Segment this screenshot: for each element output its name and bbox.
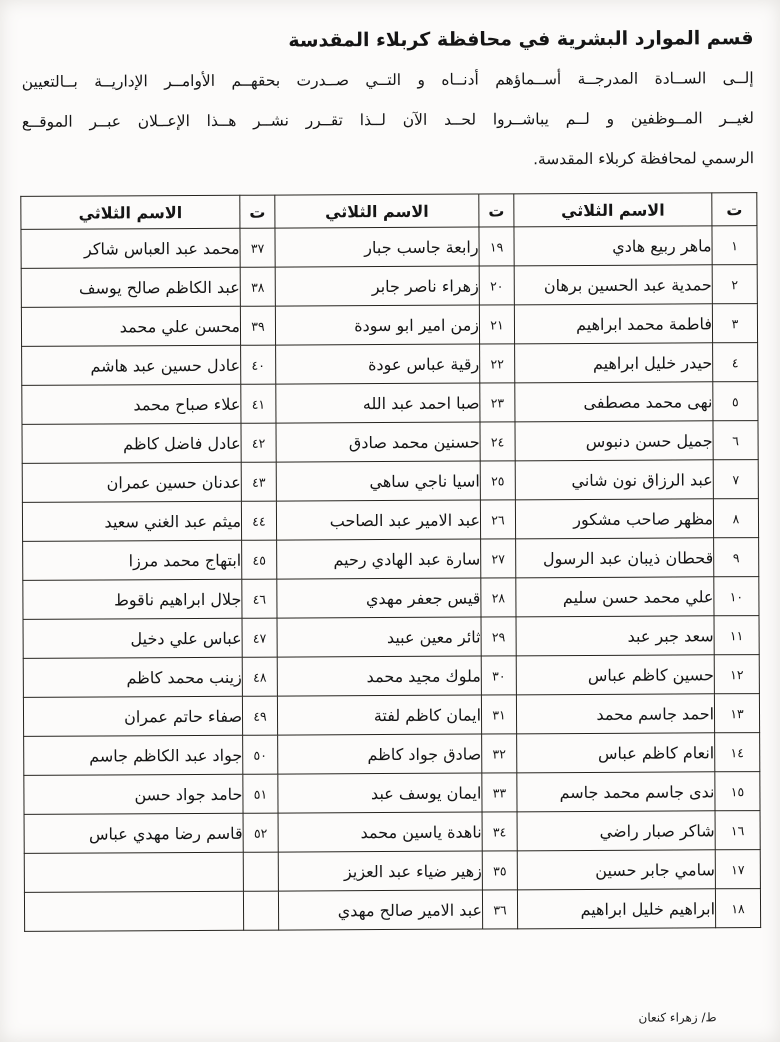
col-header-no-2: ت bbox=[479, 194, 514, 227]
name-cell: ايمان يوسف عبد bbox=[278, 773, 482, 813]
name-cell: حسنين محمد صادق bbox=[276, 422, 480, 462]
row-number-cell: ١٤ bbox=[715, 733, 760, 772]
intro-paragraph: إلــى الســادة المدرجــة أســماؤهم أدنــ… bbox=[22, 58, 755, 182]
scan-content: قسم الموارد البشرية في محافظة كربلاء الم… bbox=[0, 0, 780, 1042]
col-header-name-1: الاسم الثلاثي bbox=[514, 193, 712, 227]
row-number-cell: ٢٧ bbox=[481, 539, 516, 578]
row-number-cell: ٤٧ bbox=[242, 618, 277, 657]
row-number-cell: ٣ bbox=[712, 304, 757, 343]
row-number-cell: ١ bbox=[712, 226, 757, 265]
table-row: ٦جميل حسن دنبوس٢٤حسنين محمد صادق٤٢عادل ف… bbox=[22, 421, 758, 464]
row-number-cell: ٣٧ bbox=[240, 228, 275, 267]
row-number-cell: ٣٣ bbox=[482, 773, 517, 812]
name-cell: جلال ابراهيم ناقوط bbox=[23, 579, 242, 619]
name-cell: زهير ضياء عبد العزيز bbox=[278, 851, 482, 891]
row-number-cell: ٤ bbox=[713, 343, 758, 382]
row-number-cell: ٣٤ bbox=[482, 812, 517, 851]
name-cell: ثائر معين عبيد bbox=[277, 617, 481, 657]
name-cell: ايمان كاظم لفتة bbox=[277, 695, 481, 735]
row-number-cell: ١٦ bbox=[715, 811, 760, 850]
name-cell: زمن امير ابو سودة bbox=[275, 305, 479, 345]
table-row: ٥نهى محمد مصطفى٢٣صبا احمد عبد الله٤١علاء… bbox=[22, 382, 758, 425]
name-cell: زهراء ناصر جابر bbox=[275, 266, 479, 306]
name-cell: ناهدة ياسين محمد bbox=[278, 812, 482, 852]
table-row: ١١سعد جبر عبد٢٩ثائر معين عبيد٤٧عباس علي … bbox=[23, 616, 759, 659]
name-cell: عبد الرزاق نون شاني bbox=[515, 460, 713, 500]
name-cell: جواد عبد الكاظم جاسم bbox=[24, 735, 243, 775]
table-row: ١٠علي محمد حسن سليم٢٨قيس جعفر مهدي٤٦جلال… bbox=[23, 577, 759, 620]
col-header-no-3: ت bbox=[240, 195, 275, 228]
name-cell: مظهر صاحب مشكور bbox=[515, 499, 713, 539]
row-number-cell: ٤١ bbox=[241, 384, 276, 423]
row-number-cell: ٥٢ bbox=[243, 813, 278, 852]
name-cell: ابتهاج محمد مرزا bbox=[23, 540, 242, 580]
row-number-cell: ٤٦ bbox=[242, 579, 277, 618]
row-number-cell: ٣٨ bbox=[240, 267, 275, 306]
row-number-cell: ٥ bbox=[713, 382, 758, 421]
table-row: ٨مظهر صاحب مشكور٢٦عبد الامير عبد الصاحب٤… bbox=[22, 499, 758, 542]
intro-line-2: لغيــر المــوظفين و لــم يباشــروا لحــد… bbox=[22, 98, 754, 142]
header-row: ت الاسم الثلاثي ت الاسم الثلاثي ت الاسم … bbox=[21, 193, 757, 230]
name-cell: ماهر ربيع هادي bbox=[514, 226, 712, 266]
name-cell: اسيا ناجي ساهي bbox=[276, 461, 480, 501]
row-number-cell: ١٢ bbox=[714, 655, 759, 694]
table-row: ١ماهر ربيع هادي١٩رابعة جاسب جبار٣٧محمد ع… bbox=[21, 226, 757, 269]
row-number-cell bbox=[243, 891, 278, 930]
name-cell: علاء صباح محمد bbox=[22, 384, 241, 424]
table-row: ١٣احمد جاسم محمد٣١ايمان كاظم لفتة٤٩صفاء … bbox=[23, 694, 759, 737]
name-cell: سارة عبد الهادي رحيم bbox=[277, 539, 481, 579]
col-header-no-1: ت bbox=[712, 193, 757, 226]
table-row: ٧عبد الرزاق نون شاني٢٥اسيا ناجي ساهي٤٣عد… bbox=[22, 460, 758, 503]
name-cell: حيدر خليل ابراهيم bbox=[515, 343, 713, 383]
name-cell: عادل حسين عبد هاشم bbox=[22, 345, 241, 385]
col-header-name-3: الاسم الثلاثي bbox=[21, 195, 240, 229]
row-number-cell: ٢٥ bbox=[480, 461, 515, 500]
row-number-cell: ١٣ bbox=[714, 694, 759, 733]
row-number-cell: ٦ bbox=[713, 421, 758, 460]
row-number-cell: ٣٢ bbox=[482, 734, 517, 773]
name-cell: شاكر صبار راضي bbox=[517, 811, 715, 851]
row-number-cell: ٩ bbox=[714, 538, 759, 577]
name-cell: عبد الامير عبد الصاحب bbox=[276, 500, 480, 540]
table-row: ١٧سامي جابر حسين٣٥زهير ضياء عبد العزيز bbox=[24, 850, 760, 893]
name-cell: صبا احمد عبد الله bbox=[276, 383, 480, 423]
row-number-cell: ٢٤ bbox=[480, 422, 515, 461]
name-cell: سعد جبر عبد bbox=[516, 616, 714, 656]
name-cell: نهى محمد مصطفى bbox=[515, 382, 713, 422]
row-number-cell: ٣٦ bbox=[482, 890, 517, 929]
table-row: ١٤انعام كاظم عباس٣٢صادق جواد كاظم٥٠جواد … bbox=[24, 733, 760, 776]
name-cell: عباس علي دخيل bbox=[23, 618, 242, 658]
name-cell: زينب محمد كاظم bbox=[23, 657, 242, 697]
row-number-cell: ٣١ bbox=[481, 695, 516, 734]
name-cell: صفاء حاتم عمران bbox=[23, 696, 242, 736]
row-number-cell: ١٨ bbox=[715, 889, 760, 928]
name-cell: قحطان ذيبان عبد الرسول bbox=[516, 538, 714, 578]
name-cell: محمد عبد العباس شاكر bbox=[21, 228, 240, 268]
intro-line-3: الرسمي لمحافظة كربلاء المقدسة. bbox=[22, 138, 754, 182]
name-cell: قيس جعفر مهدي bbox=[277, 578, 481, 618]
name-cell: صادق جواد كاظم bbox=[278, 734, 482, 774]
table-header: ت الاسم الثلاثي ت الاسم الثلاثي ت الاسم … bbox=[21, 193, 757, 230]
table-row: ٤حيدر خليل ابراهيم٢٢رقية عباس عودة٤٠عادل… bbox=[22, 343, 758, 386]
name-cell: عبد الامير صالح مهدي bbox=[278, 890, 482, 930]
row-number-cell: ٥١ bbox=[243, 774, 278, 813]
name-cell: عدنان حسين عمران bbox=[22, 462, 241, 502]
row-number-cell: ٨ bbox=[713, 499, 758, 538]
row-number-cell: ١٩ bbox=[479, 227, 514, 266]
table-row: ٣فاطمة محمد ابراهيم٢١زمن امير ابو سودة٣٩… bbox=[21, 304, 757, 347]
row-number-cell: ٣٥ bbox=[482, 851, 517, 890]
row-number-cell: ١٧ bbox=[715, 850, 760, 889]
name-cell: ملوك مجيد محمد bbox=[277, 656, 481, 696]
row-number-cell: ٢٩ bbox=[481, 617, 516, 656]
name-cell: حمدية عبد الحسين برهان bbox=[514, 265, 712, 305]
row-number-cell: ٢٦ bbox=[480, 500, 515, 539]
page-title: قسم الموارد البشرية في محافظة كربلاء الم… bbox=[21, 24, 753, 56]
table-row: ١٨ابراهيم خليل ابراهيم٣٦عبد الامير صالح … bbox=[24, 889, 760, 932]
name-cell: انعام كاظم عباس bbox=[517, 733, 715, 773]
row-number-cell: ٤٨ bbox=[242, 657, 277, 696]
typist-note: ط/ زهراء كنعان bbox=[638, 1010, 716, 1024]
row-number-cell: ١١ bbox=[714, 616, 759, 655]
row-number-cell: ٤٩ bbox=[242, 696, 277, 735]
name-cell: محسن علي محمد bbox=[21, 306, 240, 346]
row-number-cell: ٢٣ bbox=[480, 383, 515, 422]
name-cell: عبد الكاظم صالح يوسف bbox=[21, 267, 240, 307]
names-table: ت الاسم الثلاثي ت الاسم الثلاثي ت الاسم … bbox=[20, 192, 761, 932]
name-cell: عادل فاضل كاظم bbox=[22, 423, 241, 463]
name-cell: رابعة جاسب جبار bbox=[275, 227, 479, 267]
table-row: ٩قحطان ذيبان عبد الرسول٢٧سارة عبد الهادي… bbox=[23, 538, 759, 581]
table-body: ١ماهر ربيع هادي١٩رابعة جاسب جبار٣٧محمد ع… bbox=[21, 226, 761, 932]
table-row: ١٢حسين كاظم عباس٣٠ملوك مجيد محمد٤٨زينب م… bbox=[23, 655, 759, 698]
name-cell: حامد جواد حسن bbox=[24, 774, 243, 814]
row-number-cell: ٤٣ bbox=[241, 462, 276, 501]
table-row: ٢حمدية عبد الحسين برهان٢٠زهراء ناصر جابر… bbox=[21, 265, 757, 308]
scanned-page: قسم الموارد البشرية في محافظة كربلاء الم… bbox=[0, 0, 780, 1042]
row-number-cell: ٢٢ bbox=[480, 344, 515, 383]
name-cell: علي محمد حسن سليم bbox=[516, 577, 714, 617]
row-number-cell: ٤٥ bbox=[242, 540, 277, 579]
row-number-cell: ٢١ bbox=[479, 305, 514, 344]
row-number-cell: ٢٨ bbox=[481, 578, 516, 617]
row-number-cell: ٧ bbox=[713, 460, 758, 499]
row-number-cell: ٢٠ bbox=[479, 266, 514, 305]
name-cell: رقية عباس عودة bbox=[276, 344, 480, 384]
table-row: ١٦شاكر صبار راضي٣٤ناهدة ياسين محمد٥٢قاسم… bbox=[24, 811, 760, 854]
name-cell: حسين كاظم عباس bbox=[516, 655, 714, 695]
intro-line-1: إلــى الســادة المدرجــة أســماؤهم أدنــ… bbox=[22, 58, 754, 102]
row-number-cell: ٢ bbox=[712, 265, 757, 304]
row-number-cell: ٣٠ bbox=[481, 656, 516, 695]
table-row: ١٥ندى جاسم محمد جاسم٣٣ايمان يوسف عبد٥١حا… bbox=[24, 772, 760, 815]
row-number-cell: ٤٠ bbox=[241, 345, 276, 384]
row-number-cell: ١٠ bbox=[714, 577, 759, 616]
col-header-name-2: الاسم الثلاثي bbox=[275, 194, 479, 228]
name-cell bbox=[24, 891, 243, 931]
row-number-cell: ٥٠ bbox=[243, 735, 278, 774]
row-number-cell: ٣٩ bbox=[240, 306, 275, 345]
row-number-cell bbox=[243, 852, 278, 891]
row-number-cell: ٤٢ bbox=[241, 423, 276, 462]
name-cell: سامي جابر حسين bbox=[517, 850, 715, 890]
name-cell: ابراهيم خليل ابراهيم bbox=[517, 889, 715, 929]
name-cell: فاطمة محمد ابراهيم bbox=[514, 304, 712, 344]
name-cell: ميثم عبد الغني سعيد bbox=[22, 501, 241, 541]
name-cell: احمد جاسم محمد bbox=[516, 694, 714, 734]
row-number-cell: ١٥ bbox=[715, 772, 760, 811]
name-cell: جميل حسن دنبوس bbox=[515, 421, 713, 461]
name-cell bbox=[24, 852, 243, 892]
row-number-cell: ٤٤ bbox=[241, 501, 276, 540]
name-cell: ندى جاسم محمد جاسم bbox=[517, 772, 715, 812]
name-cell: قاسم رضا مهدي عباس bbox=[24, 813, 243, 853]
